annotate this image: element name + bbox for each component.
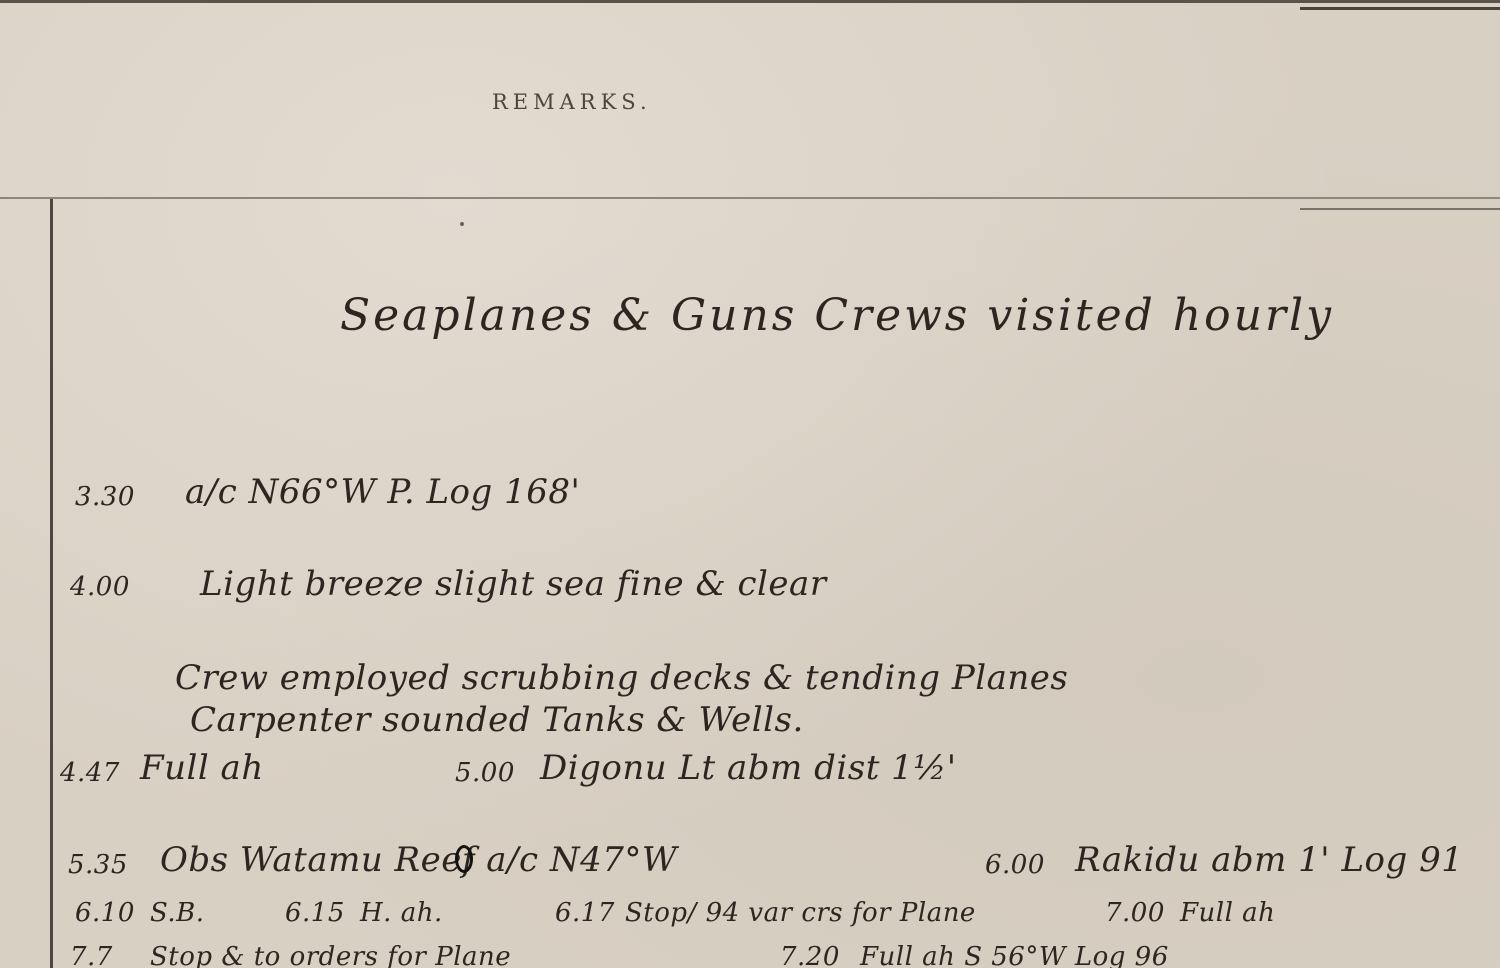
entry-text: Full ah S 56°W Log 96 <box>860 942 1169 968</box>
entry-text: Obs Watamu Reef a/c N47°W <box>160 840 677 880</box>
entry-time: 4.47 <box>60 758 120 788</box>
top-border-rule-right <box>1300 7 1500 10</box>
entry-text: Rakidu abm 1' Log 91 <box>1075 840 1463 880</box>
entry-time: 6.17 <box>555 898 615 928</box>
entry-text: H. ah. <box>360 898 443 928</box>
title-line: Seaplanes & Guns Crews visited hourly <box>340 290 1334 341</box>
entry-text: Crew employed scrubbing decks & tending … <box>175 658 1068 698</box>
entry-time: 7.00 <box>1105 898 1165 928</box>
left-margin-rule <box>50 199 53 968</box>
entry-time: 6.00 <box>985 850 1045 880</box>
entry-text: Stop & to orders for Plane <box>150 942 511 968</box>
logbook-page: REMARKS. Seaplanes & Guns Crews visited … <box>0 0 1500 968</box>
entry-time: 5.00 <box>455 758 515 788</box>
entry-time: 4.00 <box>70 572 130 602</box>
entry-time: 5.35 <box>68 850 128 880</box>
entry-text: Carpenter sounded Tanks & Wells. <box>190 700 804 740</box>
entry-time: 3.30 <box>75 482 135 512</box>
entry-time: 6.10 <box>75 898 135 928</box>
entry-text: S.B. <box>150 898 205 928</box>
entry-text: Digonu Lt abm dist 1½' <box>540 748 957 788</box>
entry-text: Stop/ 94 var crs for Plane <box>625 898 976 928</box>
header-divider-rule-right <box>1300 208 1500 210</box>
entry-text: Full ah <box>1180 898 1275 928</box>
entry-text: Full ah <box>140 748 264 788</box>
header-divider-rule <box>0 197 1500 199</box>
ink-speck <box>460 222 464 226</box>
cursor-marker-icon <box>455 845 473 873</box>
remarks-heading: REMARKS. <box>492 90 652 114</box>
entry-text: a/c N66°W P. Log 168' <box>185 472 580 512</box>
entry-time: 7.20 <box>780 942 840 968</box>
top-border-rule <box>0 0 1500 3</box>
entry-time: 7.7 <box>70 942 113 968</box>
entry-time: 6.15 <box>285 898 345 928</box>
entry-text: Light breeze slight sea fine & clear <box>200 564 827 604</box>
